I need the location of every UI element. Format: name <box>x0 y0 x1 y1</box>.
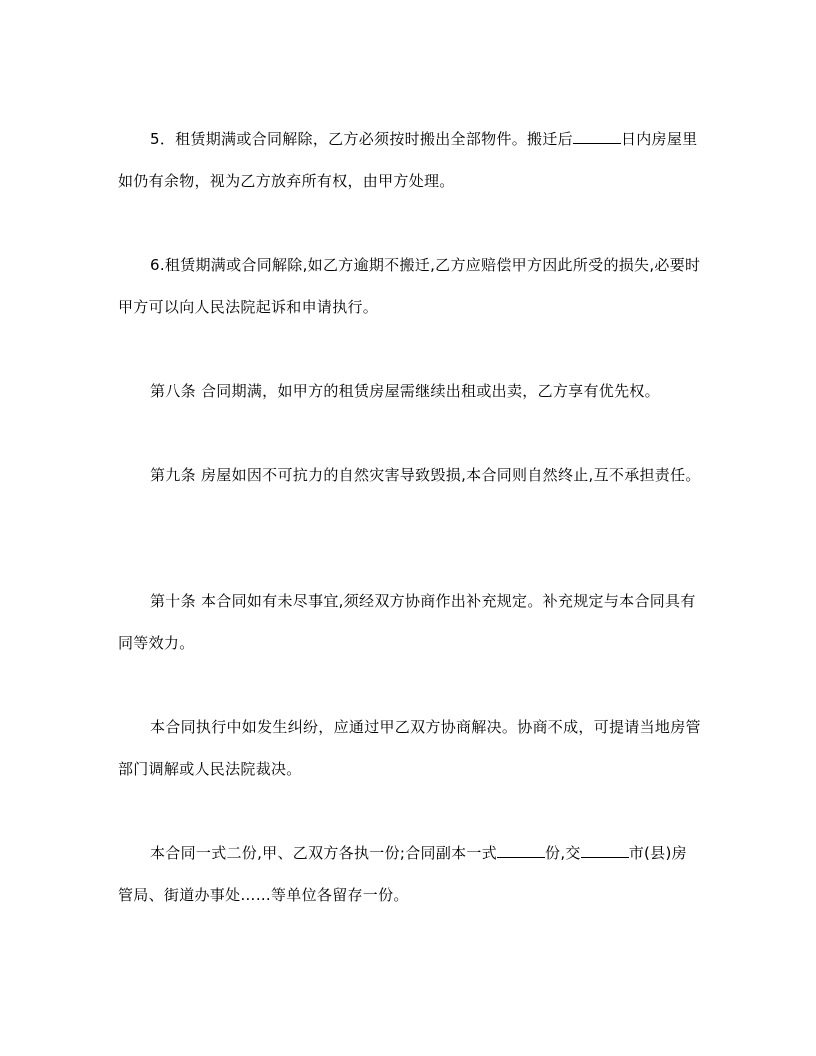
dispute-clause: 本合同执行中如发生纠纷，应通过甲乙双方协商解决。协商不成，可提请当地房管部门调解… <box>118 706 702 790</box>
clause-text: 5．租赁期满或合同解除，乙方必须按时搬出全部物件。搬迁后 <box>150 130 573 148</box>
article-8: 第八条 合同期满，如甲方的租赁房屋需继续出租或出卖，乙方享有优先权。 <box>118 370 702 412</box>
fill-in-blank-city[interactable] <box>581 843 629 858</box>
clause-7-item-5: 5．租赁期满或合同解除，乙方必须按时搬出全部物件。搬迁后日内房屋里如仍有余物，视… <box>118 118 702 202</box>
clause-7-item-6: 6.租赁期满或合同解除,如乙方逾期不搬迁,乙方应赔偿甲方因此所受的损失,必要时甲… <box>118 244 702 328</box>
clause-text: 本合同一式二份,甲、乙双方各执一份;合同副本一式 <box>150 844 497 862</box>
fill-in-blank-copies[interactable] <box>497 843 545 858</box>
fill-in-blank-days[interactable] <box>573 129 621 144</box>
copies-clause: 本合同一式二份,甲、乙双方各执一份;合同副本一式份,交市(县)房管局、街道办事处… <box>118 832 702 916</box>
article-9: 第九条 房屋如因不可抗力的自然灾害导致毁损,本合同则自然终止,互不承担责任。 <box>118 454 702 496</box>
clause-text: 份,交 <box>545 844 581 862</box>
article-10: 第十条 本合同如有未尽事宜,须经双方协商作出补充规定。补充规定与本合同具有同等效… <box>118 580 702 664</box>
